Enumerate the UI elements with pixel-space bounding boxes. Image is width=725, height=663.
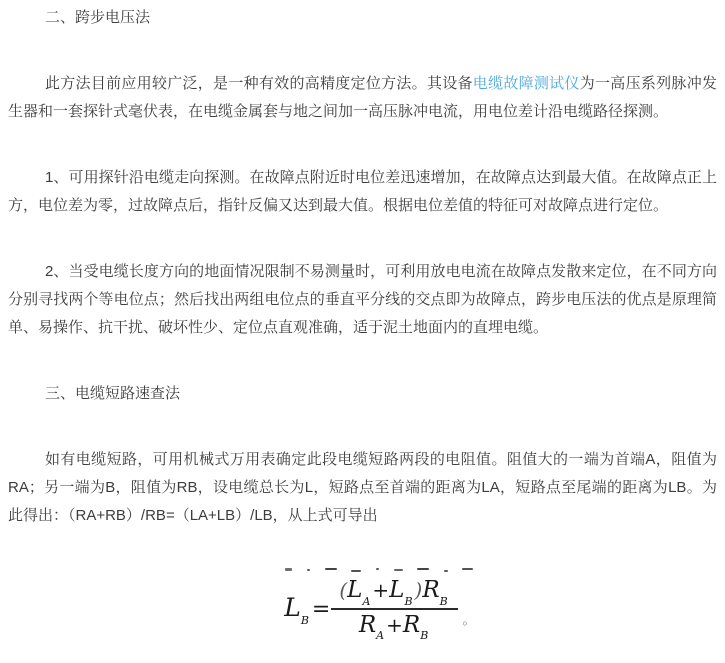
num-plus-sign: + [372,578,389,602]
num-term-3-subscript: B [440,595,448,608]
den-term-2-subscript: B [420,629,428,642]
scan-noise-artifact [285,568,473,572]
formula-denominator: RA+RB [359,610,430,641]
formula-image-box: LB= (LA+LB)RB RA+RB 。 [284,568,475,640]
section-heading-step-voltage: 二、跨步电压法 [8,4,717,32]
den-term-1-subscript: A [376,629,384,642]
open-paren: ( [339,578,347,602]
paragraph-short-circuit: 如有电缆短路，可用机械式万用表确定此段电缆短路两段的电阻值。阻值大的一端为首端A… [8,446,717,530]
formula-image: LB= (LA+LB)RB RA+RB 。 [8,568,717,640]
paragraph-method-intro: 此方法目前应用较广泛，是一种有效的高精度定位方法。其设备电缆故障测试仪为一高压系… [8,70,717,126]
formula-fraction: (LA+LB)RB RA+RB [331,577,457,640]
num-term-2-subscript: B [404,595,412,608]
equals-sign: = [312,597,330,622]
cable-fault-tester-link[interactable]: 电缆故障测试仪 [473,75,580,92]
num-term-2: L [389,577,404,603]
paragraph-point-2: 2、当受电缆长度方向的地面情况限制不易测量时，可利用放电电流在故障点发散来定位，… [8,258,717,342]
section-heading-short-circuit: 三、电缆短路速查法 [8,380,717,408]
formula-numerator: (LA+LB)RB [331,577,457,610]
num-term-3: R [422,577,439,603]
formula-lhs-base: L [284,593,301,622]
den-term-2: R [403,612,420,638]
formula-equation: LB= (LA+LB)RB RA+RB 。 [284,577,475,640]
paragraph-point-1: 1、可用探针沿电缆走向探测。在故障点附近时电位差迅速增加，在故障点达到最大值。在… [8,164,717,220]
den-plus-sign: + [386,613,403,637]
den-term-1: R [359,612,376,638]
document-page: { "meta": { "background": "#ffffff", "te… [0,0,725,663]
formula-lhs: LB= [284,593,331,625]
num-term-1: L [347,577,362,603]
intro-text-pre: 此方法目前应用较广泛，是一种有效的高精度定位方法。其设备 [45,75,473,92]
formula-lhs-subscript: B [301,614,309,627]
num-term-1-subscript: A [362,595,370,608]
formula-terminator-mark: 。 [463,611,475,628]
article-body: 二、跨步电压法 此方法目前应用较广泛，是一种有效的高精度定位方法。其设备电缆故障… [0,0,725,640]
